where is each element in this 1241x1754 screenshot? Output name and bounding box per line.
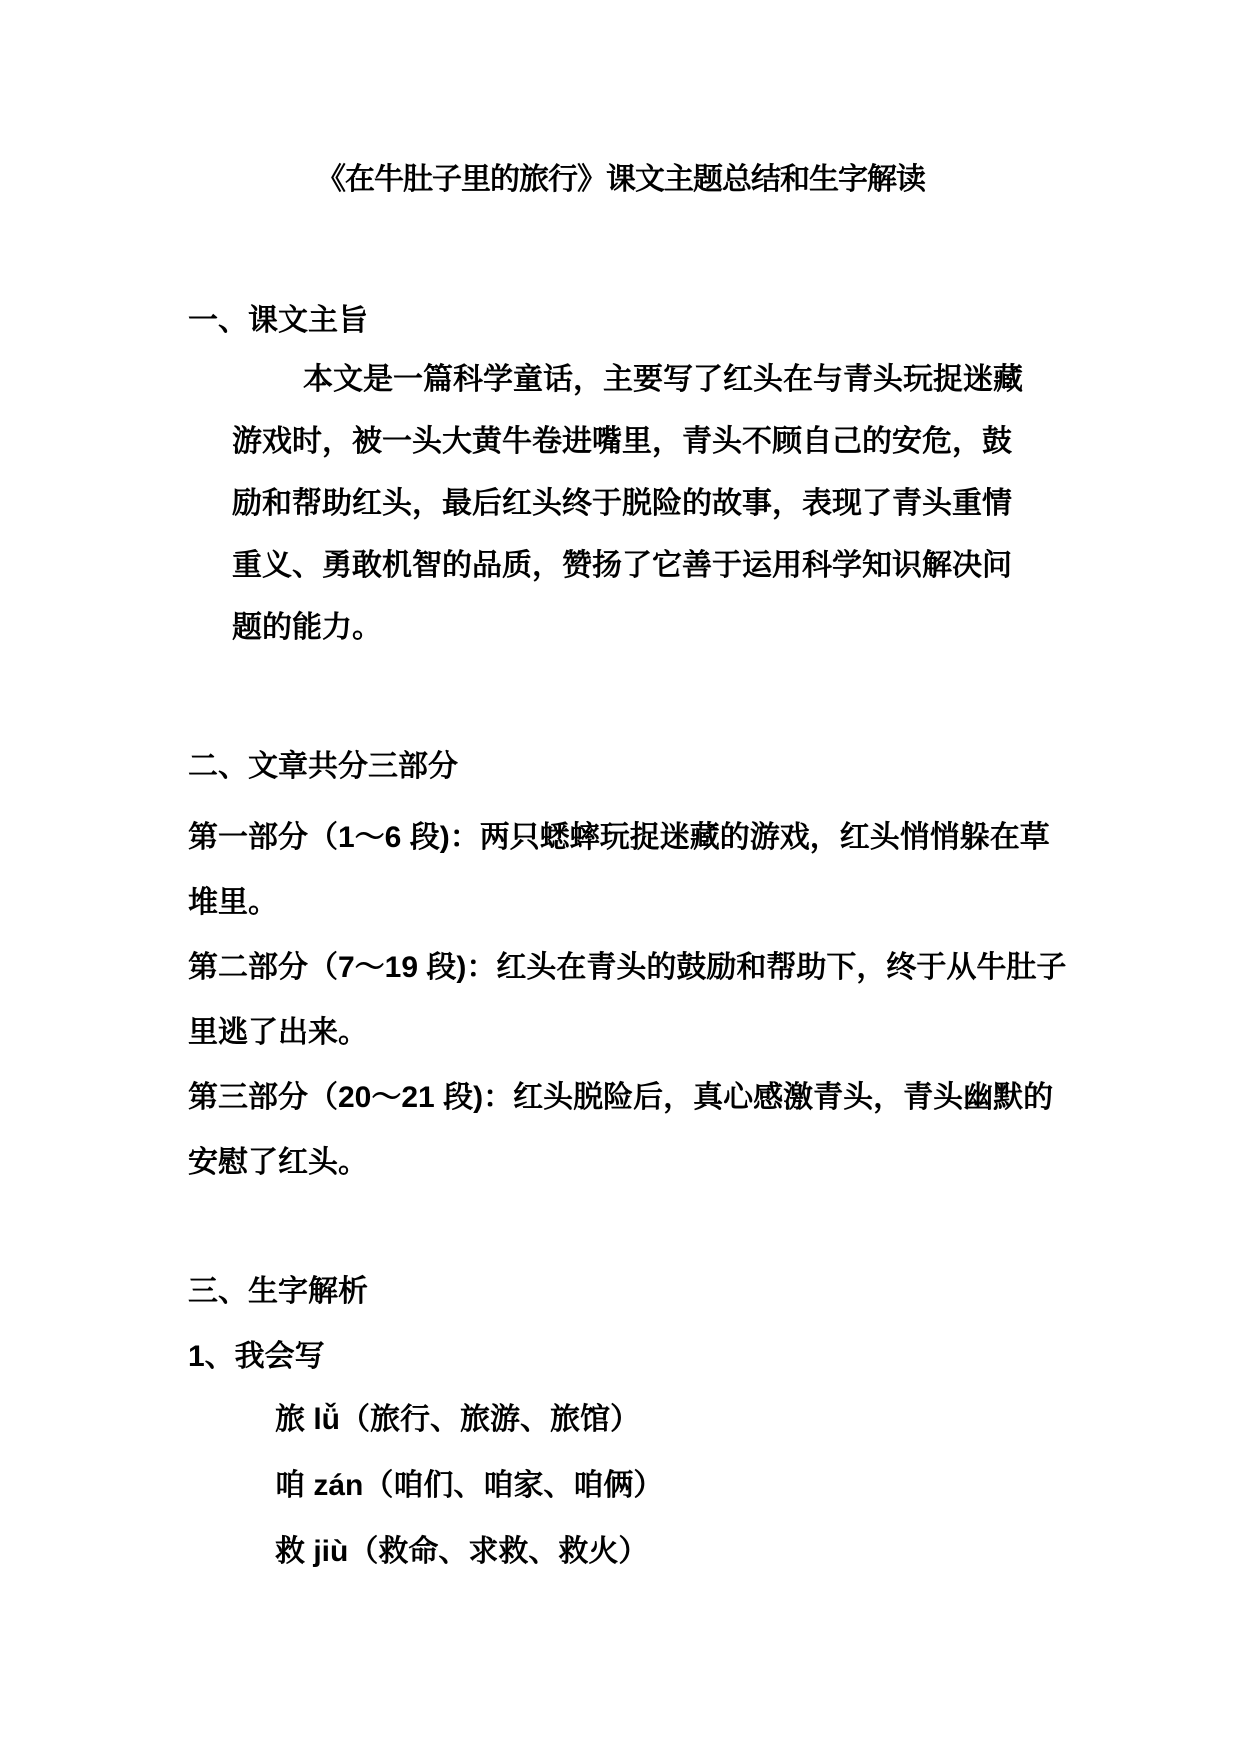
main-idea-line-4: 重义、勇敢机智的品质，赞扬了它善于运用科学知识解决问 [232, 535, 1241, 597]
section-heading-characters: 三、生字解析 [188, 1271, 1241, 1313]
main-idea-line-5: 题的能力。 [232, 597, 1241, 659]
section-heading-structure: 二、文章共分三部分 [188, 746, 1241, 788]
word-entry-jiu: 救 jiù（救命、求救、救火） [275, 1519, 1241, 1585]
section-heading-main-idea: 一、课文主旨 [188, 300, 1241, 342]
part-1-line-1: 第一部分（1～6 段)：两只蟋蟀玩捉迷藏的游戏，红头悄悄躲在草 [188, 805, 1241, 870]
structure-parts: 第一部分（1～6 段)：两只蟋蟀玩捉迷藏的游戏，红头悄悄躲在草 堆里。 第二部分… [188, 805, 1241, 1195]
document-page: 《在牛肚子里的旅行》课文主题总结和生字解读 一、课文主旨 本文是一篇科学童话，主… [0, 0, 1241, 1754]
part-1-line-2: 堆里。 [188, 870, 1241, 935]
part-3-line-1: 第三部分（20～21 段)：红头脱险后，真心感激青头，青头幽默的 [188, 1065, 1241, 1130]
part-2-line-2: 里逃了出来。 [188, 1000, 1241, 1065]
part-3-line-2: 安慰了红头。 [188, 1130, 1241, 1195]
main-idea-line-2: 游戏时，被一头大黄牛卷进嘴里，青头不顾自己的安危，鼓 [232, 411, 1241, 473]
document-title: 《在牛肚子里的旅行》课文主题总结和生字解读 [0, 0, 1241, 201]
subheading-words-to-write: 1、我会写 [188, 1336, 1241, 1378]
word-entry-zan: 咱 zán（咱们、咱家、咱俩） [275, 1453, 1241, 1519]
main-idea-paragraph: 本文是一篇科学童话，主要写了红头在与青头玩捉迷藏 游戏时，被一头大黄牛卷进嘴里，… [232, 349, 1241, 659]
main-idea-line-1: 本文是一篇科学童话，主要写了红头在与青头玩捉迷藏 [232, 349, 1241, 411]
part-2-line-1: 第二部分（7～19 段)：红头在青头的鼓励和帮助下，终于从牛肚子 [188, 935, 1241, 1000]
word-entries: 旅 lǚ（旅行、旅游、旅馆） 咱 zán（咱们、咱家、咱俩） 救 jiù（救命、… [275, 1387, 1241, 1585]
word-entry-lv: 旅 lǚ（旅行、旅游、旅馆） [275, 1387, 1241, 1453]
main-idea-line-3: 励和帮助红头，最后红头终于脱险的故事，表现了青头重情 [232, 473, 1241, 535]
